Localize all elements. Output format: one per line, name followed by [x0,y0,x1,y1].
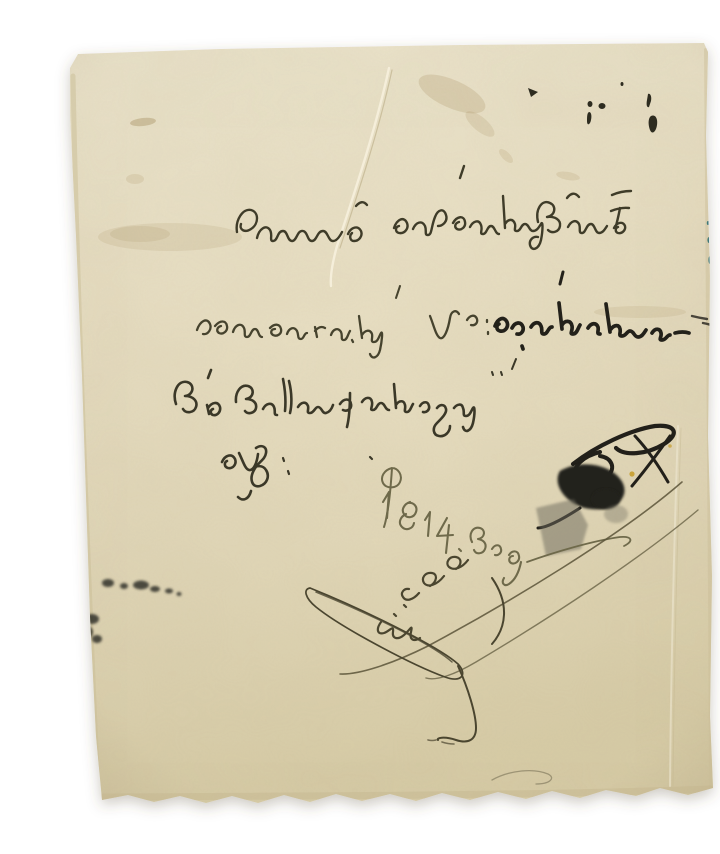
yellow-fleck [629,471,634,476]
paper-vignette [40,16,720,838]
manuscript-photo: θανασό ανδορήκη δώσε τ — καρανσταίη νεσ:… [40,16,720,838]
manuscript-scan [40,16,720,838]
